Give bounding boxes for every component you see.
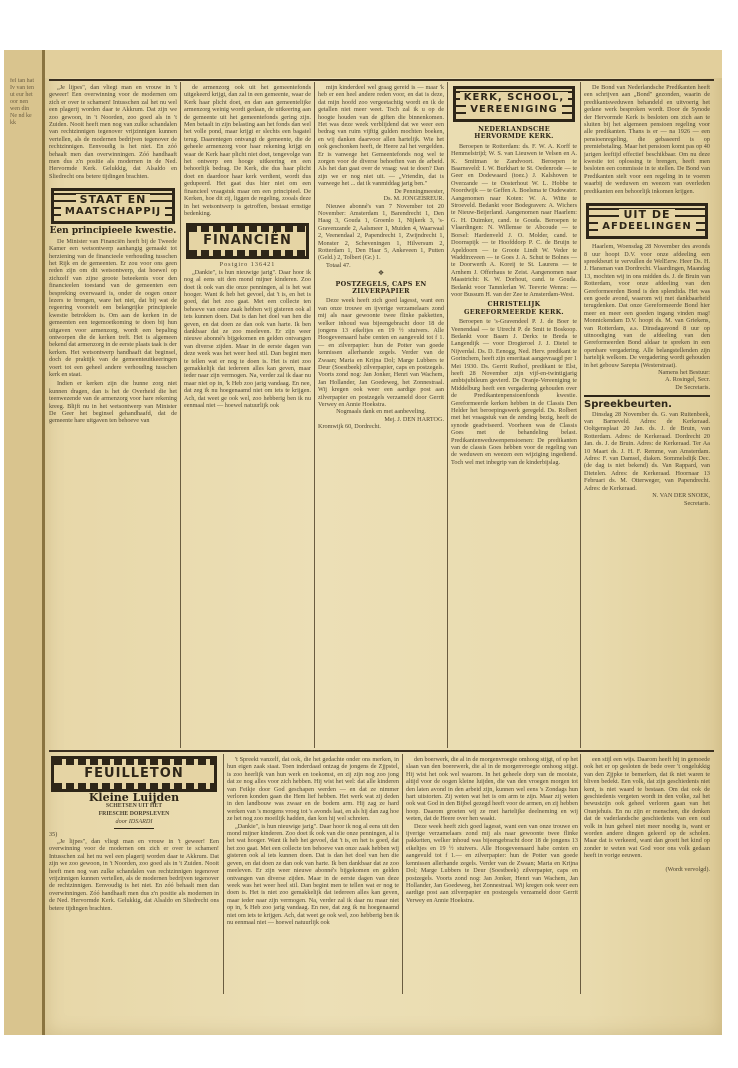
banner-title: FINANCIËN bbox=[189, 232, 306, 250]
board-signature: Namens het Bestuur: bbox=[584, 369, 710, 376]
column-4: KERK, SCHOOL, VEREENIGING NEDERLANDSCHE … bbox=[451, 84, 577, 748]
banner-title: MAATSCHAPPIJ bbox=[61, 206, 165, 218]
article-text: De Bond van Nederlandsche Predikanten he… bbox=[584, 84, 710, 195]
article-headline: Een principieele kwestie. bbox=[49, 228, 177, 235]
author-role: Secretaris. bbox=[584, 500, 710, 507]
article-text: Deze week heeft zich goed lagesst, want … bbox=[318, 297, 444, 408]
secretary-signature: De Secretaris. bbox=[584, 384, 710, 391]
banner-title: FEUILLETON bbox=[54, 765, 214, 783]
author-address: Kromwijk 60, Dordrecht. bbox=[318, 423, 444, 430]
installment-number: 35) bbox=[49, 831, 219, 838]
section-banner-feuilleton: FEUILLETON bbox=[51, 756, 217, 792]
banner-title: STAAT EN bbox=[76, 194, 151, 206]
top-margin bbox=[45, 50, 722, 78]
column-1: „Je lijpes", dan vliegt man en vrouw in … bbox=[49, 84, 177, 748]
section-banner-staat: STAAT EN MAATSCHAPPIJ bbox=[51, 188, 175, 224]
separator-stars: ❖ bbox=[318, 270, 444, 277]
article-headline: POSTZEGELS, CAPS EN ZILVERPAPIER bbox=[318, 281, 444, 296]
article-text: Beroepen te Rotterdam: ds. F. W. A. Korf… bbox=[451, 143, 577, 299]
column-5: De Bond van Nederlandsche Predikanten he… bbox=[584, 84, 710, 748]
article-text: De Minister van Financiën heeft bij de T… bbox=[49, 238, 177, 379]
binding-text: fel tan hat Iv van ten ut eur het oor ne… bbox=[10, 78, 36, 378]
feuilleton-rule bbox=[49, 750, 714, 752]
banner-title: KERK, SCHOOL, bbox=[460, 92, 568, 104]
column-rule bbox=[447, 82, 448, 748]
article-text: Indien er kerken zijn die hunne zorg nie… bbox=[49, 380, 177, 424]
column-2: de armenzorg ook uit het gemeentefonds u… bbox=[184, 84, 311, 748]
section-banner-financien: FINANCIËN bbox=[186, 223, 309, 259]
continued-note: (Wordt vervolgd). bbox=[584, 866, 710, 873]
article-text: Dinsdag 28 November ds. G. van Ruitenbee… bbox=[584, 411, 710, 492]
article-text: een stijl een wijs. Daarom heeft hij in … bbox=[584, 756, 710, 860]
column-rule bbox=[180, 82, 181, 748]
column-rule bbox=[223, 754, 224, 994]
subsection-heading: NEDERLANDSCHE HERVORMDE KERK. bbox=[451, 126, 577, 141]
newspaper-page: „Je lijpes", dan vliegt man en vrouw in … bbox=[45, 50, 722, 1035]
banner-title: VEREENIGING bbox=[466, 104, 562, 116]
treasurer-title: De Penningmeester, bbox=[318, 188, 444, 195]
column-3: mijn kinderdeel wel graag gereid is — ma… bbox=[318, 84, 444, 748]
article-text: „Je lijpes", dan vliegt man en vrouw in … bbox=[49, 84, 177, 180]
serial-title: Kleine Luijden bbox=[49, 794, 219, 801]
feuilleton-column-3: den boerwerk, die al in de morgenvroegte… bbox=[406, 756, 578, 996]
feuilleton-column-1: FEUILLETON Kleine Luijden SCHETSEN UIT H… bbox=[49, 756, 219, 996]
article-text: „Dankie", is hun nieuwige jarig". Daar h… bbox=[184, 269, 311, 410]
article-text: mijn kinderdeel wel graag gereid is — ma… bbox=[318, 84, 444, 188]
banner-title: UIT DE bbox=[619, 209, 674, 221]
author-signature: N. VAN DER SNOEK, bbox=[584, 492, 710, 499]
thanks-line: Nogmaals dank en met aanbeveling. bbox=[318, 408, 444, 415]
serial-subtitle: FRIESCHE DORPSLEVEN bbox=[49, 811, 219, 818]
column-rule bbox=[402, 754, 403, 994]
article-text: den boerwerk, die al in de morgenvroegte… bbox=[406, 756, 578, 823]
serial-author: door IDSARDI bbox=[49, 818, 219, 825]
author-signature: Mej. J. DEN HARTOG. bbox=[318, 416, 444, 423]
subsection-heading: CHRISTELIJK GEREFORMEERDE KERK. bbox=[451, 301, 577, 316]
article-text: Beroepen te 's-Gravendeel P. J. de Boer … bbox=[451, 318, 577, 466]
article-text: 't Spreekt vanzelf, dat ook, die het ged… bbox=[227, 756, 399, 823]
column-rule bbox=[580, 754, 581, 994]
treasurer-name: Ds. M. JONGEBREUR. bbox=[318, 195, 444, 202]
article-text: Haarlem, Woensdag 28 November des avonds… bbox=[584, 243, 710, 369]
article-text: de armenzorg ook uit het gemeentefonds u… bbox=[184, 84, 311, 217]
banner-decoration bbox=[189, 250, 306, 256]
feuilleton-column-2: 't Spreekt vanzelf, dat ook, die het ged… bbox=[227, 756, 399, 996]
section-banner-kerk: KERK, SCHOOL, VEREENIGING bbox=[453, 86, 575, 122]
top-rule bbox=[49, 79, 714, 81]
book-binding-strip: fel tan hat Iv van ten ut eur het oor ne… bbox=[4, 50, 47, 1035]
banner-title: AFDEELINGEN bbox=[598, 221, 695, 233]
article-text: „Je lijpes", dan vliegt man en vrouw in … bbox=[49, 838, 219, 912]
column-rule bbox=[314, 82, 315, 748]
total-count: Totaal 47. bbox=[326, 262, 444, 269]
postgiro-number: Postgiro 136421 bbox=[184, 261, 311, 268]
column-rule bbox=[580, 82, 581, 748]
serial-subtitle: SCHETSEN UIT HET bbox=[49, 803, 219, 810]
article-text: Nieuwe abonné's van 7 November tot 20 No… bbox=[318, 203, 444, 262]
article-headline: Spreekbeurten. bbox=[584, 401, 710, 408]
banner-decoration bbox=[54, 783, 214, 789]
feuilleton-column-4: een stijl een wijs. Daarom heeft hij in … bbox=[584, 756, 710, 996]
board-secretary: A. Rosingel, Secr. bbox=[584, 376, 710, 383]
section-banner-afdeelingen: UIT DE AFDEELINGEN bbox=[586, 203, 708, 239]
